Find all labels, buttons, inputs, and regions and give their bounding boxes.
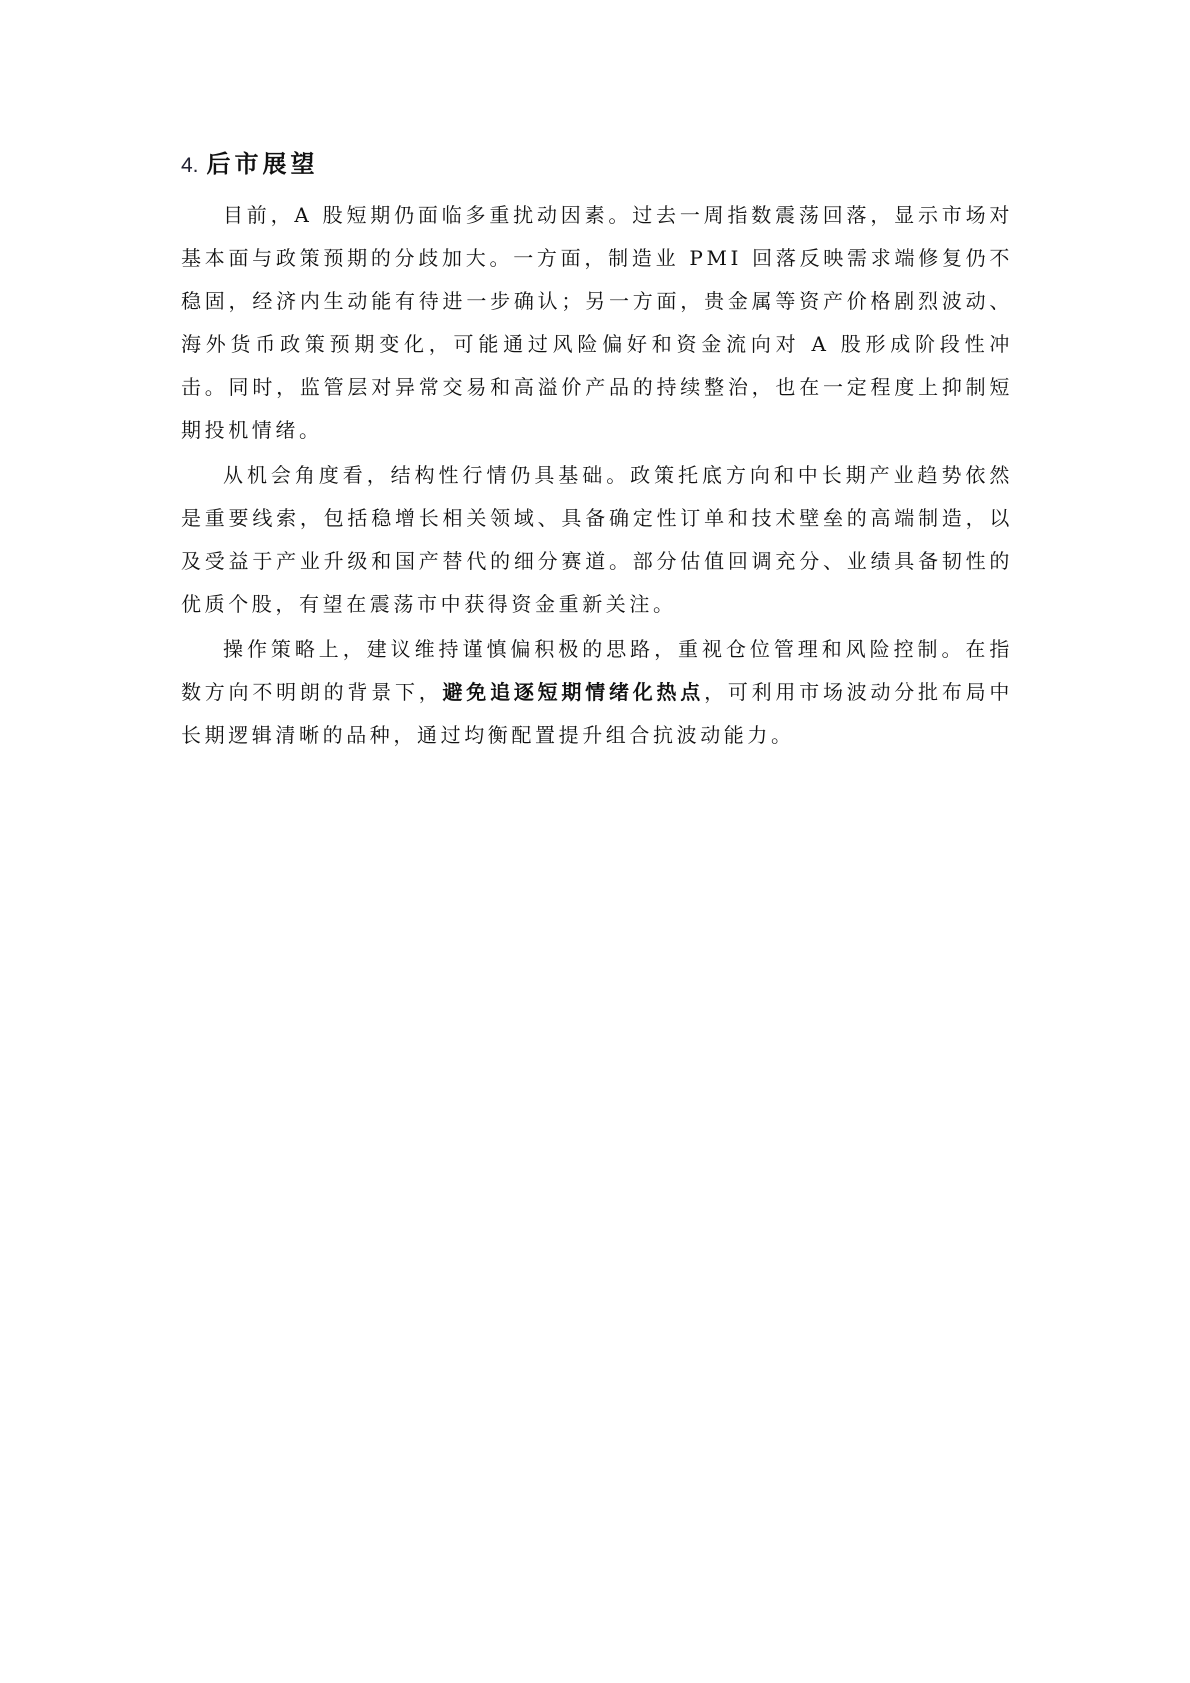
paragraph-strategy: 操作策略上，建议维持谨慎偏积极的思路，重视仓位管理和风险控制。在指数方向不明朗的…: [181, 628, 1013, 757]
section-title: 后市展望: [207, 149, 319, 178]
section-body: 目前，A 股短期仍面临多重扰动因素。过去一周指数震荡回落，显示市场对基本面与政策…: [181, 194, 1013, 757]
section-number: 4.: [181, 154, 199, 177]
strategy-emphasis: 避免追逐短期情绪化热点: [443, 680, 705, 704]
paragraph-market-risks: 目前，A 股短期仍面临多重扰动因素。过去一周指数震荡回落，显示市场对基本面与政策…: [181, 194, 1013, 452]
paragraph-opportunities: 从机会角度看，结构性行情仍具基础。政策托底方向和中长期产业趋势依然是重要线索，包…: [181, 454, 1013, 626]
section-heading: 4.后市展望: [181, 146, 319, 182]
